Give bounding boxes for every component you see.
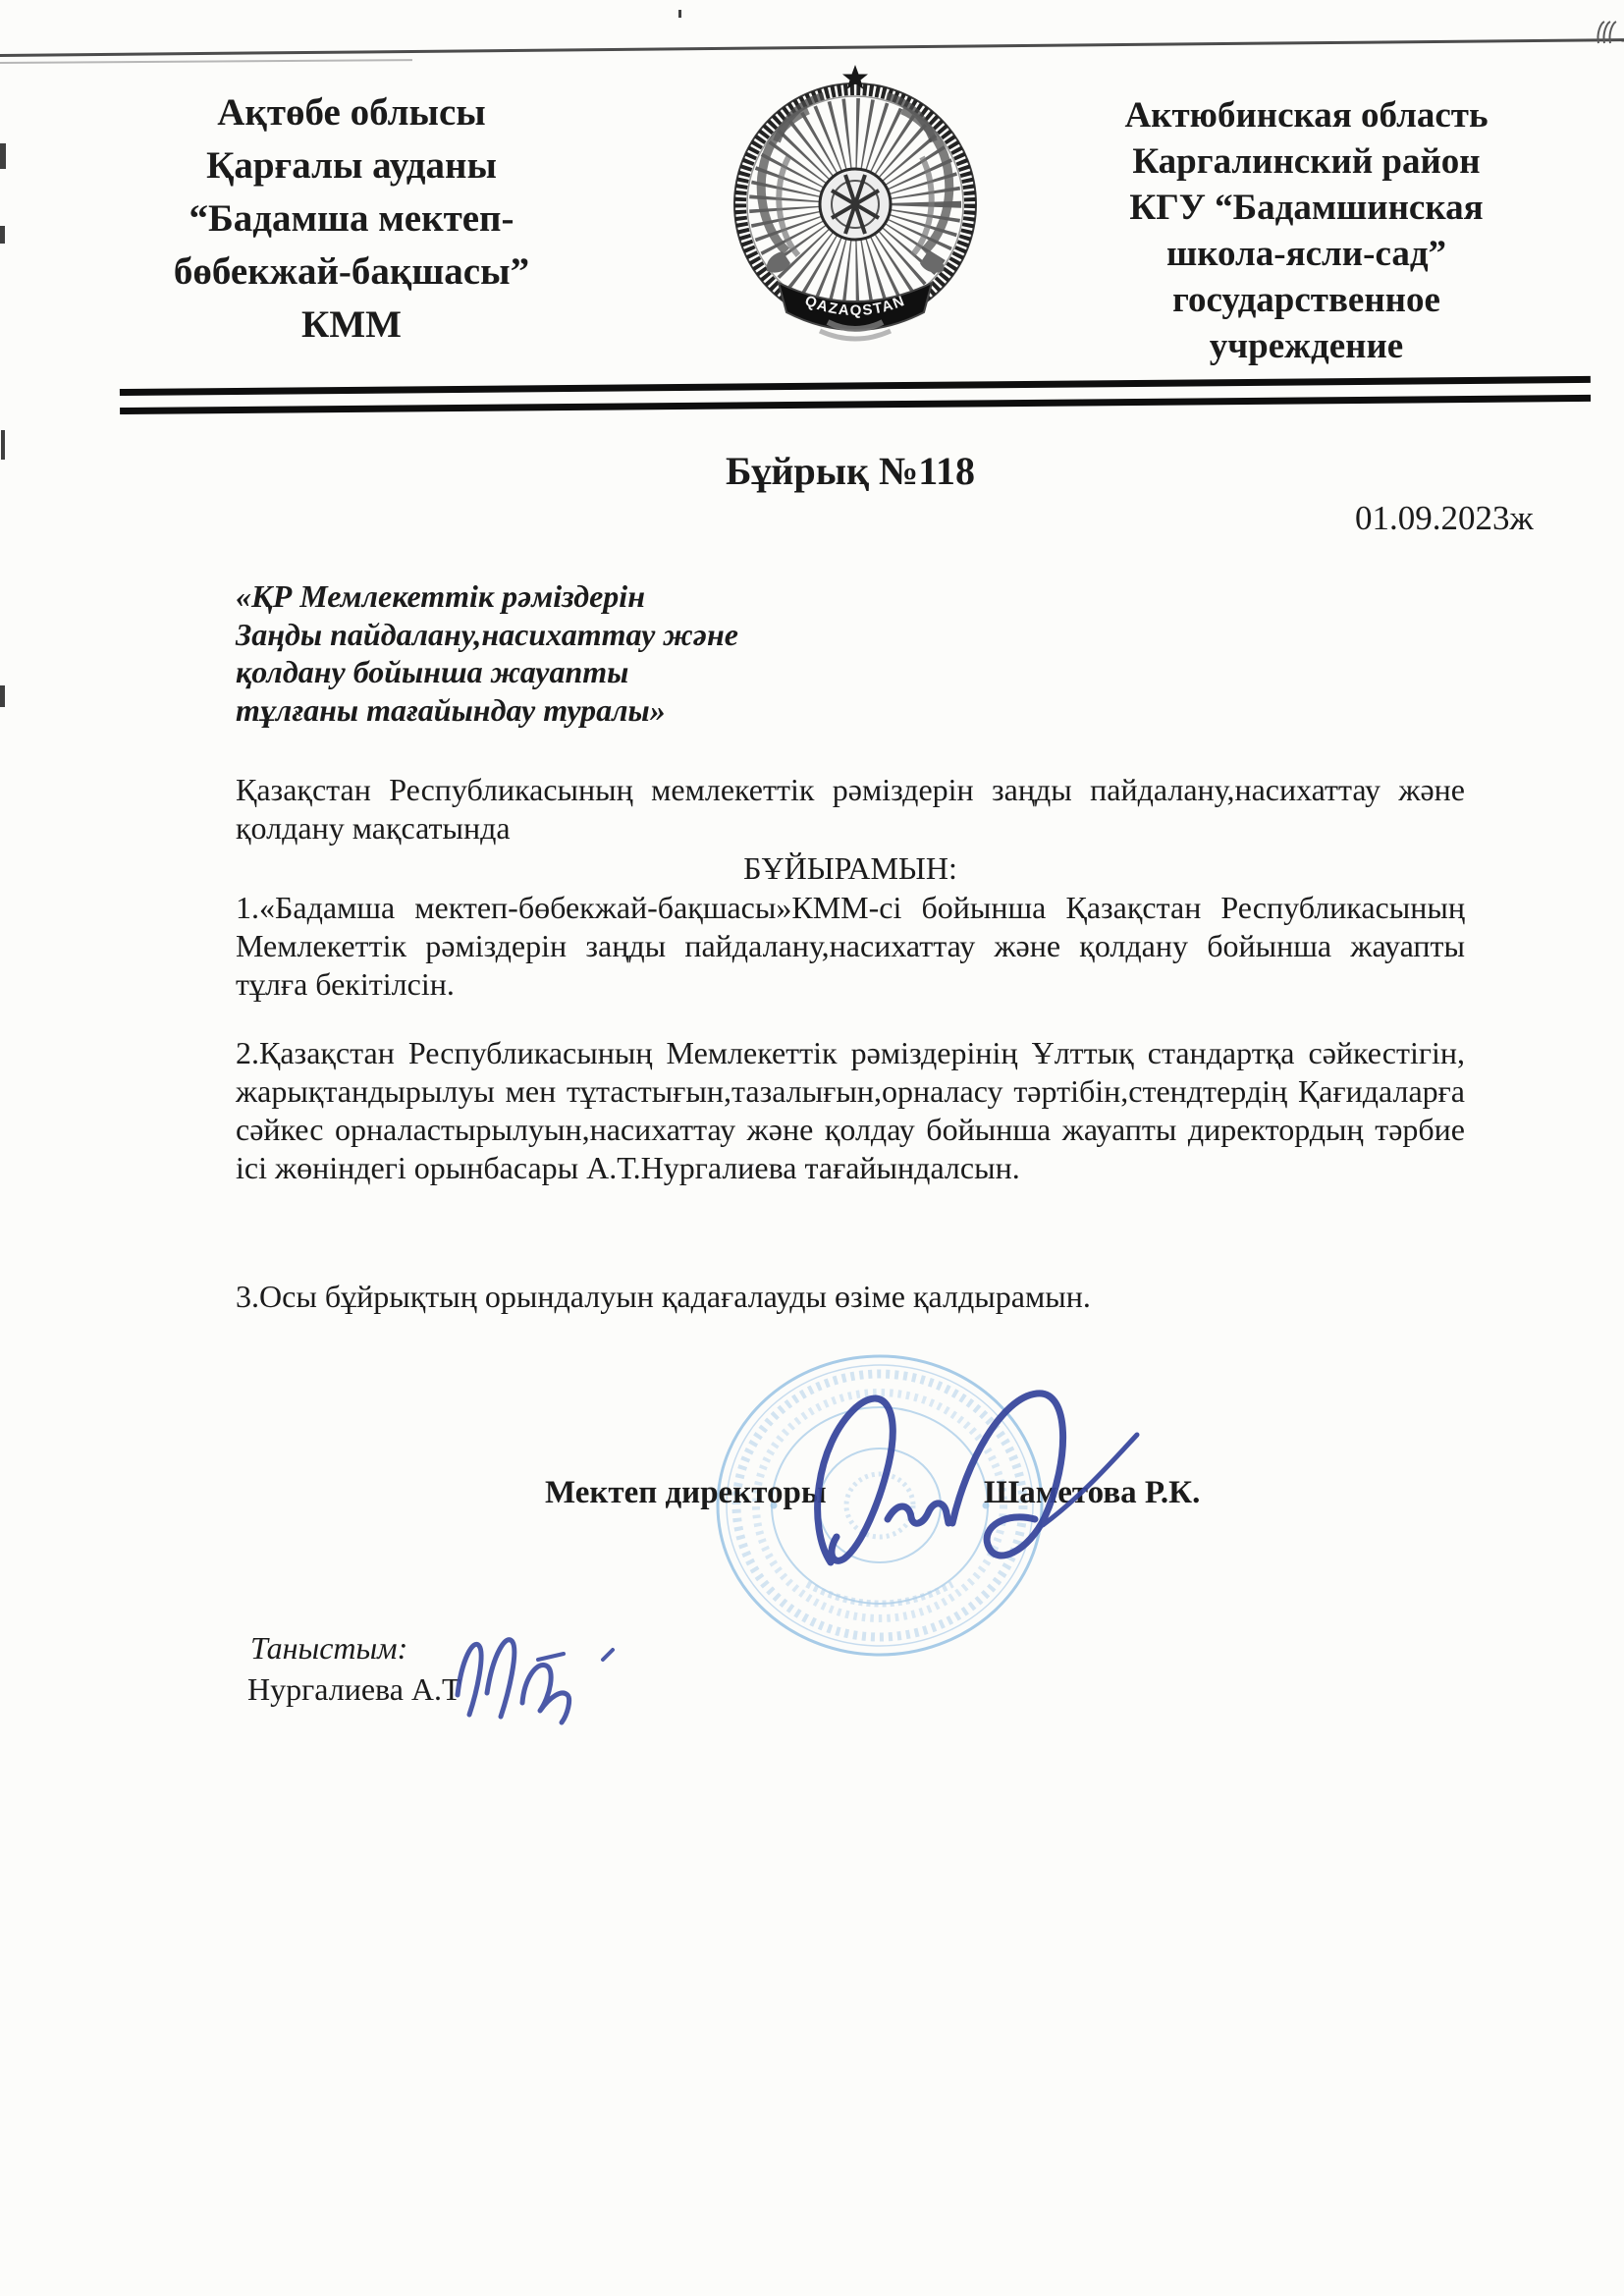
acknowledgement-label: Таныстым: xyxy=(250,1630,407,1667)
scanned-order-document: Ақтөбе облысы Қарғалы ауданы “Бадамша ме… xyxy=(0,0,1624,2296)
order-subject: «ҚР Мемлекеттік рәміздерін Заңды пайдала… xyxy=(236,577,1119,729)
org-line: Каргалинский район xyxy=(1058,138,1554,185)
scan-artifact xyxy=(0,685,5,707)
acknowledgement-signature-ink xyxy=(444,1620,621,1736)
header-double-rule xyxy=(120,376,1591,414)
org-line: Актюбинская область xyxy=(1058,92,1554,138)
org-line: КГУ “Бадамшинская xyxy=(1058,185,1554,231)
scan-artifact xyxy=(678,10,681,18)
org-line: государственное xyxy=(1058,277,1554,323)
subject-line: тұлғаны тағайындау туралы» xyxy=(236,691,1119,730)
order-title: Бұйрық №118 xyxy=(236,448,1465,494)
order-point-2: 2.Қазақстан Республикасының Мемлекеттік … xyxy=(236,1034,1465,1187)
order-preamble: Қазақстан Республикасының мемлекеттік рә… xyxy=(236,771,1465,847)
scan-artifact xyxy=(1593,18,1622,47)
order-point-1: 1.«Бадамша мектеп-бөбекжай-бақшасы»КММ-с… xyxy=(236,889,1465,1004)
org-line: “Бадамша мектеп- xyxy=(126,192,577,246)
org-line: Ақтөбе облысы xyxy=(126,86,577,139)
scan-line-artifact xyxy=(0,59,412,64)
kazakhstan-coat-of-arms-icon: QAZAQSTAN xyxy=(729,59,982,346)
order-resolve-word: БҰЙЫРАМЫН: xyxy=(236,847,1465,889)
acknowledgement-name: Нургалиева А.Т xyxy=(247,1671,461,1708)
org-name-russian: Актюбинская область Каргалинский район К… xyxy=(1058,92,1554,369)
signature-role: Мектеп директоры xyxy=(545,1475,827,1511)
order-point-3: 3.Осы бұйрықтың орындалуын қадағалауды ө… xyxy=(236,1278,1465,1316)
org-line: КММ xyxy=(126,299,577,352)
scan-artifact xyxy=(0,143,6,169)
org-line: Қарғалы ауданы xyxy=(126,139,577,192)
subject-line: Заңды пайдалану,насихаттау және xyxy=(236,616,1119,654)
scan-artifact xyxy=(1,430,5,460)
org-line: учреждение xyxy=(1058,323,1554,369)
subject-line: қолдану бойынша жауапты xyxy=(236,653,1119,691)
scan-artifact xyxy=(0,226,5,244)
order-body: Қазақстан Республикасының мемлекеттік рә… xyxy=(236,771,1465,1316)
org-name-kazakh: Ақтөбе облысы Қарғалы ауданы “Бадамша ме… xyxy=(126,86,577,352)
subject-line: «ҚР Мемлекеттік рәміздерін xyxy=(236,577,1119,616)
org-line: школа-ясли-сад” xyxy=(1058,231,1554,277)
director-signature-ink xyxy=(793,1380,1155,1591)
org-line: бөбекжай-бақшасы” xyxy=(126,246,577,299)
scan-line-artifact xyxy=(0,38,1624,57)
order-date: 01.09.2023ж xyxy=(1355,499,1534,538)
